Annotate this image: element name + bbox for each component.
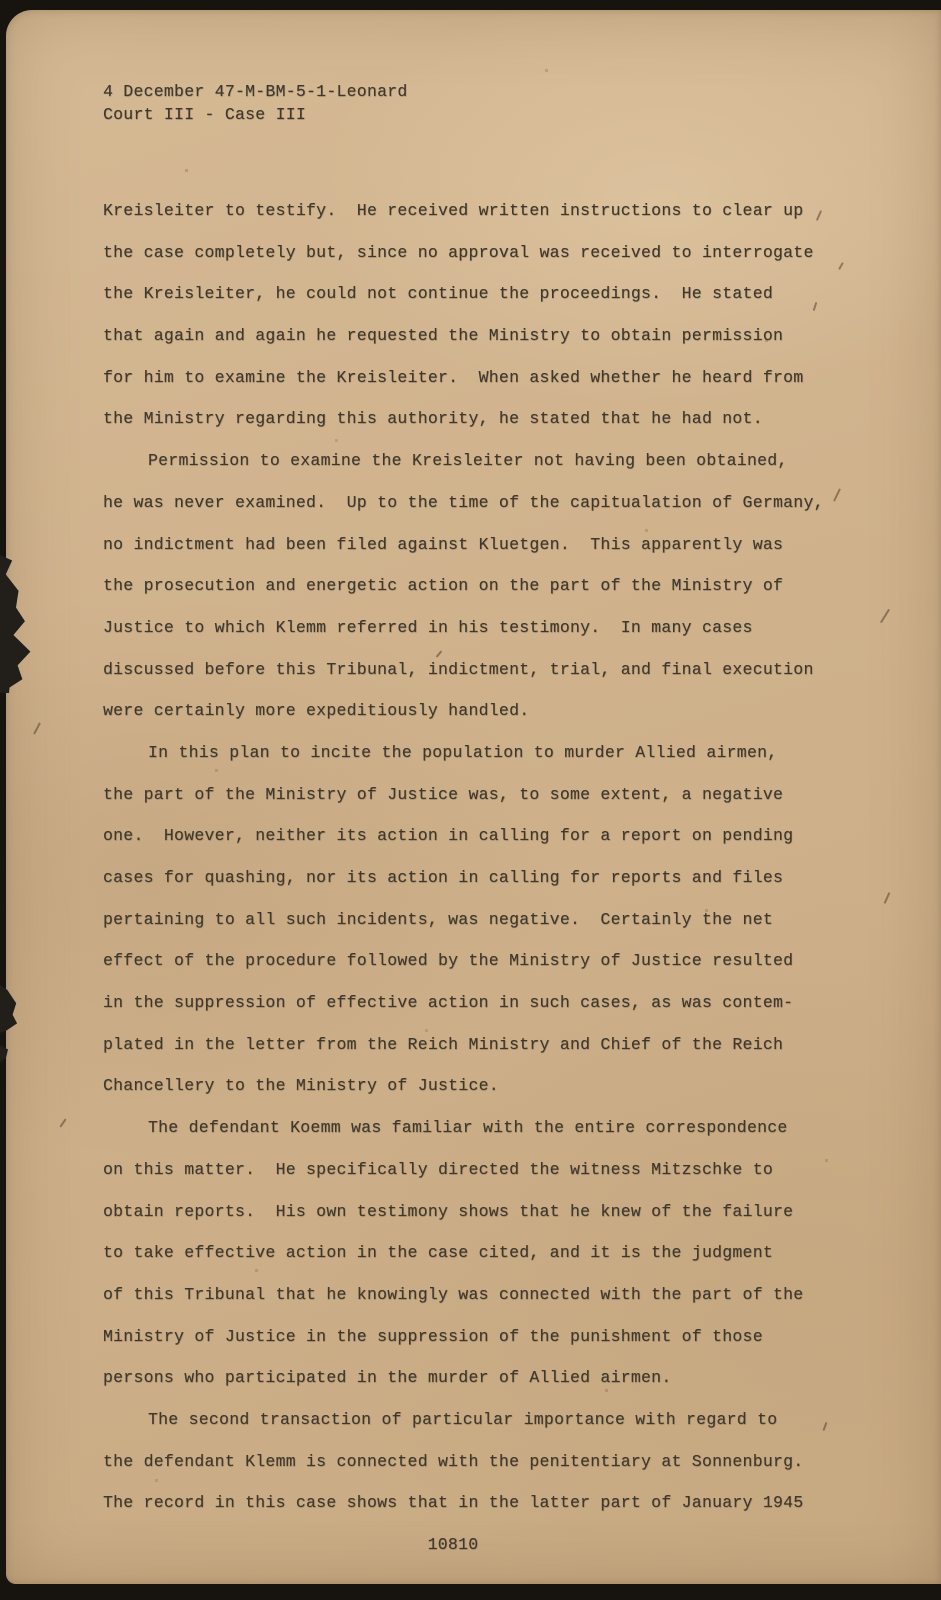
text-line: cases for quashing, nor its action in ca… [103,857,901,899]
text-line: were certainly more expeditiously handle… [103,690,901,732]
text-line: The defendant Koemm was familiar with th… [103,1107,901,1149]
text-line: one. However, neither its action in call… [103,815,901,857]
text-line: The second transaction of particular imp… [103,1399,901,1441]
text-line: the case completely but, since no approv… [103,232,901,274]
paper-sheet: 4 December 47-M-BM-5-1-Leonard Court III… [6,10,941,1584]
text-line: the Ministry regarding this authority, h… [103,398,901,440]
text-line: of this Tribunal that he knowingly was c… [103,1274,901,1316]
text-line: for him to examine the Kreisleiter. When… [103,357,901,399]
text-line: discussed before this Tribunal, indictme… [103,649,901,691]
scanned-page: 4 December 47-M-BM-5-1-Leonard Court III… [0,0,941,1600]
text-line: Permission to examine the Kreisleiter no… [103,440,901,482]
text-line: the prosecution and energetic action on … [103,565,901,607]
text-line: Ministry of Justice in the suppression o… [103,1316,901,1358]
text-line: Justice to which Klemm referred in his t… [103,607,901,649]
page-content: 4 December 47-M-BM-5-1-Leonard Court III… [6,10,941,1566]
text-line: pertaining to all such incidents, was ne… [103,899,901,941]
text-line: in the suppression of effective action i… [103,982,901,1024]
text-line: the Kreisleiter, he could not continue t… [103,273,901,315]
text-line: In this plan to incite the population to… [103,732,901,774]
text-line: the defendant Klemm is connected with th… [103,1441,901,1483]
text-line: Kreisleiter to testify. He received writ… [103,190,901,232]
header-line-court: Court III - Case III [103,103,901,126]
header-line-date: 4 December 47-M-BM-5-1-Leonard [103,80,901,103]
text-line: he was never examined. Up to the time of… [103,482,901,524]
text-line: Chancellery to the Ministry of Justice. [103,1065,901,1107]
text-line: that again and again he requested the Mi… [103,315,901,357]
text-line: The record in this case shows that in th… [103,1482,901,1524]
text-line: obtain reports. His own testimony shows … [103,1191,901,1233]
document-body: Kreisleiter to testify. He received writ… [103,190,901,1524]
document-header: 4 December 47-M-BM-5-1-Leonard Court III… [103,80,901,126]
text-line: plated in the letter from the Reich Mini… [103,1024,901,1066]
text-line: the part of the Ministry of Justice was,… [103,774,901,816]
text-line: to take effective action in the case cit… [103,1232,901,1274]
text-line: effect of the procedure followed by the … [103,940,901,982]
text-line: on this matter. He specifically directed… [103,1149,901,1191]
page-number: 10810 [103,1524,803,1566]
text-line: no indictment had been filed against Klu… [103,524,901,566]
text-line: persons who participated in the murder o… [103,1357,901,1399]
